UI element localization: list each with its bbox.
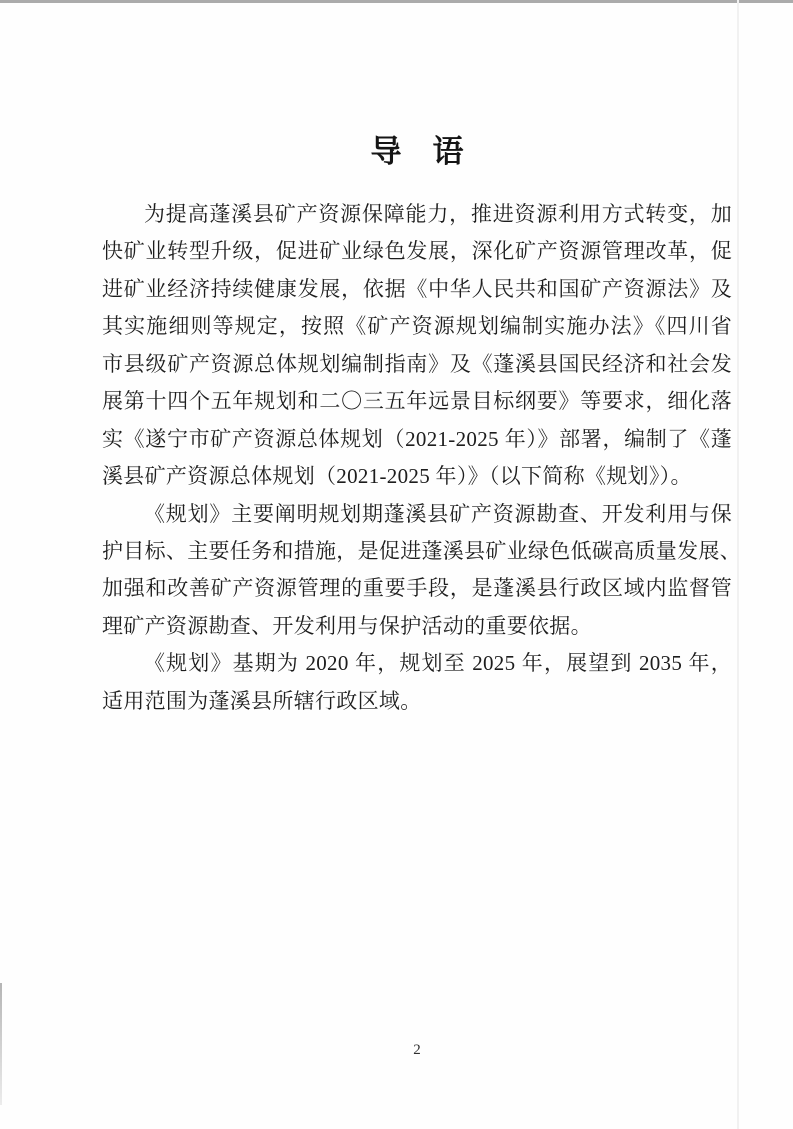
document-body: 为提高蓬溪县矿产资源保障能力，推进资源利用方式转变，加快矿业转型升级，促进矿业绿…: [102, 196, 732, 720]
text-line: 市县级矿产资源总体规划编制指南》及《蓬溪县国民经济和社会发: [102, 346, 732, 383]
paragraph: 《规划》基期为 2020 年，规划至 2025 年，展望到 2035 年，适用范…: [102, 645, 732, 720]
text-line: 快矿业转型升级，促进矿业绿色发展，深化矿产资源管理改革，促: [102, 233, 732, 270]
text-line: 展第十四个五年规划和二〇三五年远景目标纲要》等要求，细化落: [102, 383, 732, 420]
text-line: 实《遂宁市矿产资源总体规划（2021-2025 年）》部署，编制了《蓬: [102, 421, 732, 458]
text-line: 护目标、主要任务和措施，是促进蓬溪县矿业绿色低碳高质量发展、: [102, 533, 732, 570]
page-title: 导 语: [102, 130, 732, 174]
text-line: 溪县矿产资源总体规划（2021-2025 年）》（以下简称《规划》）。: [102, 458, 732, 495]
paragraph: 《规划》主要阐明规划期蓬溪县矿产资源勘查、开发利用与保护目标、主要任务和措施，是…: [102, 496, 732, 646]
text-line: 为提高蓬溪县矿产资源保障能力，推进资源利用方式转变，加: [102, 196, 732, 233]
page-number: 2: [102, 1042, 732, 1059]
text-line: 适用范围为蓬溪县所辖行政区域。: [102, 683, 732, 720]
text-line: 进矿业经济持续健康发展，依据《中华人民共和国矿产资源法》及: [102, 271, 732, 308]
text-line: 加强和改善矿产资源管理的重要手段，是蓬溪县行政区域内监督管: [102, 570, 732, 607]
scan-edge-top: [0, 0, 793, 3]
text-line: 《规划》基期为 2020 年，规划至 2025 年，展望到 2035 年，: [102, 645, 732, 682]
document-page: 导 语 为提高蓬溪县矿产资源保障能力，推进资源利用方式转变，加快矿业转型升级，促…: [0, 0, 793, 1129]
scan-edge-left: [0, 983, 2, 1105]
text-line: 《规划》主要阐明规划期蓬溪县矿产资源勘查、开发利用与保: [102, 496, 732, 533]
text-line: 其实施细则等规定，按照《矿产资源规划编制实施办法》《四川省: [102, 308, 732, 345]
text-line: 理矿产资源勘查、开发利用与保护活动的重要依据。: [102, 608, 732, 645]
paragraph: 为提高蓬溪县矿产资源保障能力，推进资源利用方式转变，加快矿业转型升级，促进矿业绿…: [102, 196, 732, 496]
scan-artifact-line: [737, 0, 739, 1129]
